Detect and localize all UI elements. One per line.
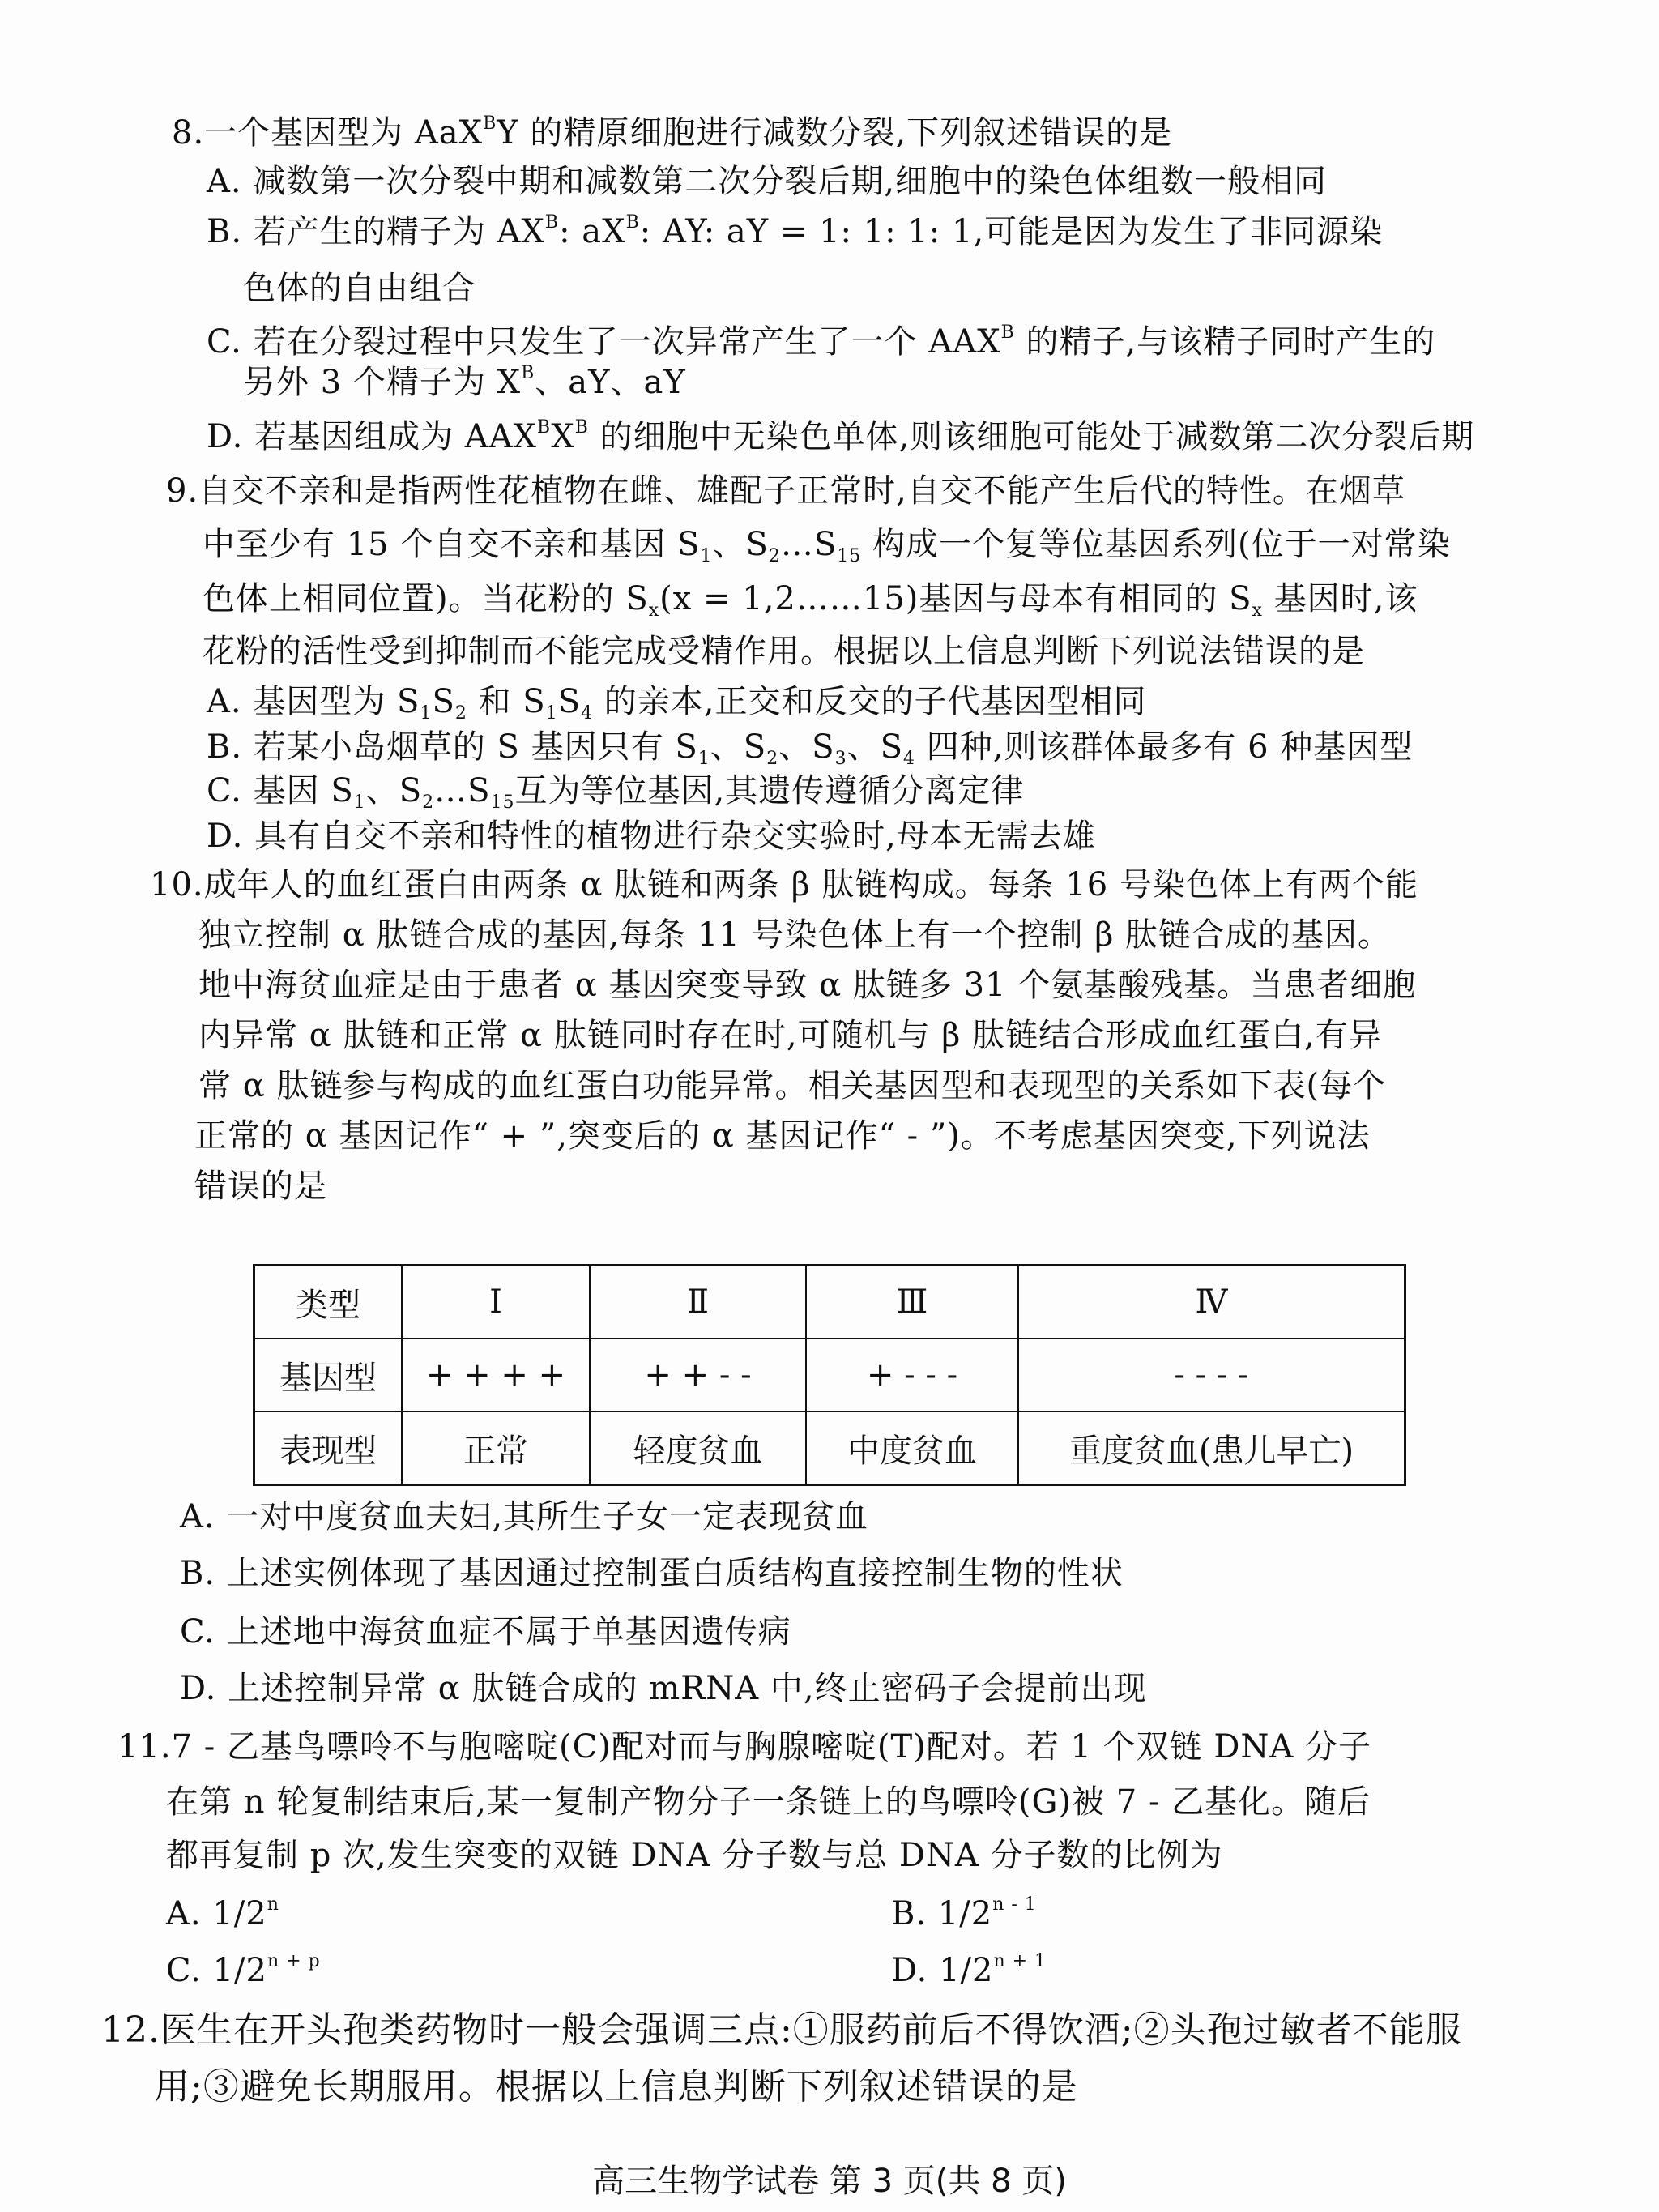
subscript: x	[1252, 600, 1263, 621]
q8-option-c-cont: 另外 3 个精子为 XB、aY、aY	[243, 363, 686, 402]
option-text: 四种,则该群体最多有 6 种基因型	[915, 728, 1413, 766]
q12-number: 12.	[101, 2009, 160, 2051]
superscript: B	[1001, 322, 1015, 343]
q9-stem-line2: 中至少有 15 个自交不亲和基因 S1、S2…S15 构成一个复等位基因系列(位…	[203, 525, 1451, 564]
q10-stem-line6: 正常的 α 基因记作“ + ”,突变后的 α 基因记作“ - ”)。不考虑基因突…	[194, 1117, 1371, 1155]
q8-option-d: D. 若基因组成为 AAXBXB 的细胞中无染色单体,则该细胞可能处于减数第二次…	[207, 417, 1474, 456]
option-text: 、S	[778, 728, 834, 766]
q8-stem-part: 一个基因型为 AaX	[204, 114, 483, 152]
q9-stem-line4: 花粉的活性受到抑制而不能完成受精作用。根据以上信息判断下列说法错误的是	[203, 632, 1365, 671]
subscript: x	[649, 600, 659, 621]
q11-stem-line2: 在第 n 轮复制结束后,某一复制产物分子一条链上的鸟嘌呤(G)被 7 - 乙基化…	[166, 1783, 1371, 1821]
subscript: 15	[837, 546, 861, 566]
option-text: D. 具有自交不亲和特性的植物进行杂交实验时,母本无需去雄	[207, 818, 1096, 855]
option-text: 的细胞中无染色单体,则该细胞可能处于减数第二次分裂后期	[589, 418, 1474, 455]
q11-option-b: B. 1/2n - 1	[891, 1894, 1037, 1933]
row-header: 基因型	[254, 1339, 403, 1411]
superscript: n	[267, 1894, 279, 1915]
option-text: B. 若产生的精子为 AX	[207, 213, 545, 250]
q10-option-c: C. 上述地中海贫血症不属于单基因遗传病	[180, 1612, 791, 1651]
option-text: D. 若基因组成为 AAX	[207, 418, 537, 455]
q9-option-c: C. 基因 S1、S2…S15互为等位基因,其遗传遵循分离定律	[207, 771, 1024, 810]
table-cell: Ⅳ	[1018, 1266, 1405, 1339]
option-text: C. 1/2	[166, 1952, 267, 1989]
stem-text: 医生在开头孢类药物时一般会强调三点:①服药前后不得饮酒;②头孢过敏者不能服	[160, 2009, 1462, 2051]
q11-number: 11.	[117, 1728, 172, 1766]
q10-stem-line7: 错误的是	[194, 1167, 327, 1206]
q10-stem-line2: 独立控制 α 肽链合成的基因,每条 11 号染色体上有一个控制 β 肽链合成的基…	[198, 916, 1391, 954]
option-text: C. 上述地中海贫血症不属于单基因遗传病	[180, 1613, 791, 1650]
option-text: : aX	[559, 213, 626, 250]
row-header: 表现型	[254, 1411, 403, 1485]
stem-text: (x = 1,2……15)基因与母本有相同的 S	[659, 580, 1252, 617]
q8-option-c: C. 若在分裂过程中只发生了一次异常产生了一个 AAXB 的精子,与该精子同时产…	[207, 322, 1435, 361]
option-text: 色体的自由组合	[243, 270, 476, 307]
table-cell: + - - -	[806, 1339, 1018, 1411]
option-text: C. 基因 S	[207, 772, 354, 809]
superscript: n + 1	[993, 1951, 1047, 1971]
q11-option-d: D. 1/2n + 1	[891, 1951, 1047, 1990]
option-text: : AY: aY = 1: 1: 1: 1,可能是因为发生了非同源染	[640, 213, 1383, 250]
subscript: 1	[698, 749, 710, 769]
subscript: 2	[769, 546, 781, 566]
q8-number: 8.	[172, 114, 204, 152]
table-cell: 正常	[402, 1411, 590, 1485]
q11-stem-line3: 都再复制 p 次,发生突变的双链 DNA 分子数与总 DNA 分子数的比例为	[166, 1836, 1223, 1875]
superscript: B	[521, 363, 535, 383]
option-text: 另外 3 个精子为 X	[243, 364, 521, 401]
option-text: S	[558, 683, 581, 720]
q9-option-d: D. 具有自交不亲和特性的植物进行杂交实验时,母本无需去雄	[207, 817, 1096, 856]
table-cell: 轻度贫血	[590, 1411, 806, 1485]
table-cell: Ⅰ	[402, 1266, 590, 1339]
option-text: 、S	[710, 728, 766, 766]
option-text: …S	[434, 772, 490, 809]
q8-stem: 8.一个基因型为 AaXBY 的精原细胞进行减数分裂,下列叙述错误的是	[172, 113, 1172, 152]
q8-stem-part: Y 的精原细胞进行减数分裂,下列叙述错误的是	[497, 114, 1172, 152]
table-row-phenotype: 表现型 正常 轻度贫血 中度贫血 重度贫血(患儿早亡)	[254, 1411, 1405, 1485]
option-text: S	[432, 683, 454, 720]
stem-text: 成年人的血红蛋白由两条 α 肽链和两条 β 肽链构成。每条 16 号染色体上有两…	[204, 866, 1418, 903]
table-cell: + + - -	[590, 1339, 806, 1411]
option-text: D. 1/2	[891, 1952, 993, 1989]
q10-option-d: D. 上述控制异常 α 肽链合成的 mRNA 中,终止密码子会提前出现	[180, 1669, 1147, 1708]
q9-number: 9.	[166, 472, 198, 510]
option-text: B. 若某小岛烟草的 S 基因只有 S	[207, 728, 698, 766]
option-text: 、aY、aY	[535, 364, 686, 401]
option-text: A. 基因型为 S	[207, 683, 420, 720]
table-cell: Ⅲ	[806, 1266, 1018, 1339]
row-header: 类型	[254, 1266, 403, 1339]
option-text: 互为等位基因,其遗传遵循分离定律	[515, 772, 1025, 809]
option-text: A. 减数第一次分裂中期和减数第二次分裂后期,细胞中的染色体组数一般相同	[207, 163, 1327, 200]
stem-text: 地中海贫血症是由于患者 α 基因突变导致 α 肽链多 31 个氨基酸残基。当患者…	[198, 967, 1416, 1004]
option-text: B. 1/2	[891, 1895, 992, 1932]
superscript: n - 1	[992, 1894, 1037, 1915]
q10-stem-line3: 地中海贫血症是由于患者 α 基因突变导致 α 肽链多 31 个氨基酸残基。当患者…	[198, 966, 1416, 1005]
superscript: B	[575, 417, 589, 438]
stem-text: 内异常 α 肽链和正常 α 肽链同时存在时,可随机与 β 肽链结合形成血红蛋白,…	[198, 1017, 1382, 1054]
option-text: D. 上述控制异常 α 肽链合成的 mRNA 中,终止密码子会提前出现	[180, 1670, 1147, 1707]
table-cell: - - - -	[1018, 1339, 1405, 1411]
q8-option-a: A. 减数第一次分裂中期和减数第二次分裂后期,细胞中的染色体组数一般相同	[207, 162, 1327, 201]
subscript: 1	[700, 546, 712, 566]
table-row-type: 类型 Ⅰ Ⅱ Ⅲ Ⅳ	[254, 1266, 1405, 1339]
subscript: 1	[546, 703, 558, 724]
exam-page: 8.一个基因型为 AaXBY 的精原细胞进行减数分裂,下列叙述错误的是 A. 减…	[0, 0, 1659, 2212]
table-row-genotype: 基因型 + + + + + + - - + - - - - - - -	[254, 1339, 1405, 1411]
stem-text: 用;③避免长期服用。根据以上信息判断下列叙述错误的是	[154, 2066, 1078, 2107]
stem-text: 都再复制 p 次,发生突变的双链 DNA 分子数与总 DNA 分子数的比例为	[166, 1837, 1223, 1874]
stem-text: 错误的是	[194, 1168, 327, 1205]
q9-stem-line3: 色体上相同位置)。当花粉的 Sx(x = 1,2……15)基因与母本有相同的 S…	[203, 579, 1418, 618]
stem-text: 自交不亲和是指两性花植物在雌、雄配子正常时,自交不能产生后代的特性。在烟草	[198, 472, 1405, 510]
option-text: 、S	[847, 728, 903, 766]
stem-text: 在第 n 轮复制结束后,某一复制产物分子一条链上的鸟嘌呤(G)被 7 - 乙基化…	[166, 1783, 1371, 1821]
stem-text: 色体上相同位置)。当花粉的 S	[203, 580, 649, 617]
q11-option-a: A. 1/2n	[166, 1894, 279, 1933]
subscript: 1	[420, 703, 432, 724]
option-text: 的精子,与该精子同时产生的	[1015, 323, 1435, 361]
stem-text: 7 - 乙基鸟嘌呤不与胞嘧啶(C)配对而与胸腺嘧啶(T)配对。若 1 个双链 D…	[172, 1728, 1371, 1766]
q9-option-b: B. 若某小岛烟草的 S 基因只有 S1、S2、S3、S4 四种,则该群体最多有…	[207, 728, 1413, 767]
genotype-phenotype-table: 类型 Ⅰ Ⅱ Ⅲ Ⅳ 基因型 + + + + + + - - + - - - -…	[253, 1264, 1406, 1486]
stem-text: 、S	[712, 526, 768, 563]
subscript: 15	[491, 792, 515, 813]
subscript: 2	[422, 792, 434, 813]
q8-option-b: B. 若产生的精子为 AXB: aXB: AY: aY = 1: 1: 1: 1…	[207, 212, 1383, 251]
table-cell: + + + +	[402, 1339, 590, 1411]
subscript: 3	[835, 749, 847, 769]
stem-text: 中至少有 15 个自交不亲和基因 S	[203, 526, 700, 563]
subscript: 2	[455, 703, 467, 724]
superscript: B	[483, 113, 497, 134]
q11-stem-line1: 11.7 - 乙基鸟嘌呤不与胞嘧啶(C)配对而与胸腺嘧啶(T)配对。若 1 个双…	[117, 1727, 1371, 1766]
superscript: B	[545, 212, 559, 233]
q9-stem-line1: 9.自交不亲和是指两性花植物在雌、雄配子正常时,自交不能产生后代的特性。在烟草	[166, 472, 1405, 510]
table-cell: Ⅱ	[590, 1266, 806, 1339]
option-text: A. 1/2	[166, 1895, 267, 1932]
q12-stem-line2: 用;③避免长期服用。根据以上信息判断下列叙述错误的是	[154, 2068, 1078, 2107]
q8-option-b-cont: 色体的自由组合	[243, 269, 476, 308]
superscript: B	[626, 212, 640, 233]
stem-text: 基因时,该	[1263, 580, 1418, 617]
q10-option-a: A. 一对中度贫血夫妇,其所生子女一定表现贫血	[180, 1497, 868, 1536]
option-text: X	[551, 418, 574, 455]
option-text: C. 若在分裂过程中只发生了一次异常产生了一个 AAX	[207, 323, 1001, 361]
q11-option-c: C. 1/2n + p	[166, 1951, 321, 1990]
page-footer: 高三生物学试卷 第 3 页(共 8 页)	[0, 2155, 1659, 2201]
stem-text: …S	[781, 526, 837, 563]
stem-text: 构成一个复等位基因系列(位于一对常染	[861, 526, 1450, 563]
q10-stem-line4: 内异常 α 肽链和正常 α 肽链同时存在时,可随机与 β 肽链结合形成血红蛋白,…	[198, 1016, 1382, 1055]
q12-stem-line1: 12.医生在开头孢类药物时一般会强调三点:①服药前后不得饮酒;②头孢过敏者不能服	[101, 2011, 1462, 2050]
q9-option-a: A. 基因型为 S1S2 和 S1S4 的亲本,正交和反交的子代基因型相同	[207, 682, 1147, 721]
q10-option-b: B. 上述实例体现了基因通过控制蛋白质结构直接控制生物的性状	[180, 1554, 1124, 1593]
option-text: 的亲本,正交和反交的子代基因型相同	[593, 683, 1146, 720]
table-cell: 中度贫血	[806, 1411, 1018, 1485]
option-text: 、S	[366, 772, 422, 809]
q10-stem-line5: 常 α 肽链参与构成的血红蛋白功能异常。相关基因型和表现型的关系如下表(每个	[198, 1066, 1386, 1105]
stem-text: 花粉的活性受到抑制而不能完成受精作用。根据以上信息判断下列说法错误的是	[203, 633, 1365, 670]
subscript: 4	[903, 749, 915, 769]
subscript: 2	[766, 749, 778, 769]
table-cell: 重度贫血(患儿早亡)	[1018, 1411, 1405, 1485]
q10-stem-line1: 10.成年人的血红蛋白由两条 α 肽链和两条 β 肽链构成。每条 16 号染色体…	[150, 865, 1418, 904]
option-text: 和 S	[467, 683, 546, 720]
stem-text: 常 α 肽链参与构成的血红蛋白功能异常。相关基因型和表现型的关系如下表(每个	[198, 1067, 1386, 1104]
q10-number: 10.	[150, 866, 204, 903]
option-text: B. 上述实例体现了基因通过控制蛋白质结构直接控制生物的性状	[180, 1555, 1124, 1592]
superscript: B	[537, 417, 551, 438]
subscript: 1	[354, 792, 366, 813]
subscript: 4	[581, 703, 593, 724]
stem-text: 正常的 α 基因记作“ + ”,突变后的 α 基因记作“ - ”)。不考虑基因突…	[194, 1117, 1371, 1155]
option-text: A. 一对中度贫血夫妇,其所生子女一定表现贫血	[180, 1498, 868, 1535]
superscript: n + p	[267, 1951, 321, 1971]
stem-text: 独立控制 α 肽链合成的基因,每条 11 号染色体上有一个控制 β 肽链合成的基…	[198, 916, 1391, 954]
